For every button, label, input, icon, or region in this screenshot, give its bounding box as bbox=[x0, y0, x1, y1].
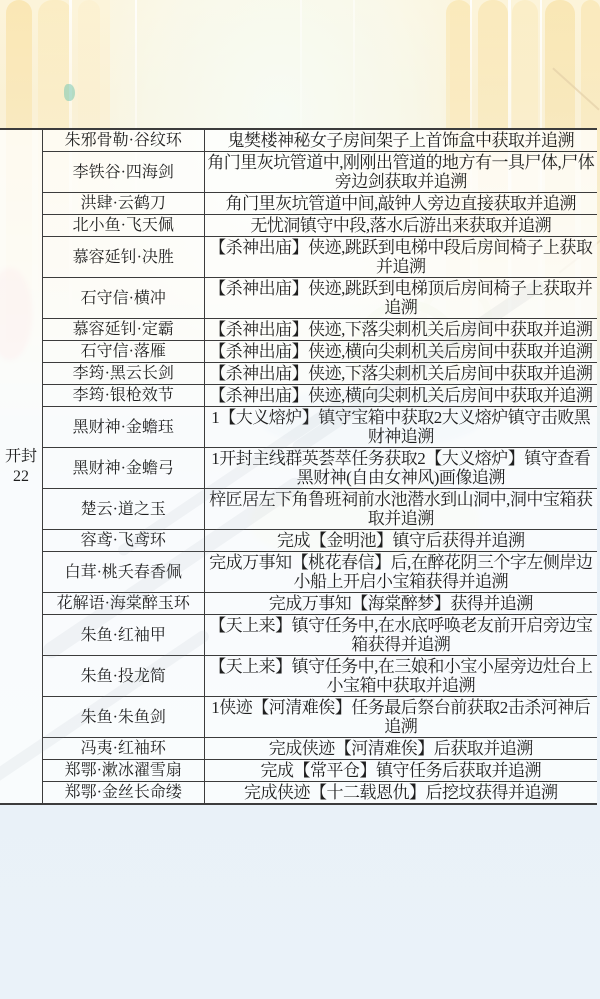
item-name: 郑鄂·金丝长命缕 bbox=[43, 782, 204, 804]
item-source: 鬼樊楼神秘女子房间架子上首饰盒中获取并追溯 bbox=[204, 130, 597, 152]
item-name: 洪肆·云鹤刀 bbox=[43, 193, 204, 215]
item-source: 【杀神出庙】侠迹,跳跃到电梯中段后房间椅子上获取并追溯 bbox=[204, 237, 597, 278]
table-row: 黑财神·金蟾弓 1开封主线群英荟萃任务获取2【大义熔炉】镇守查看黑财神(自由女神… bbox=[43, 448, 597, 489]
item-name: 郑鄂·漱冰濯雪扇 bbox=[43, 760, 204, 782]
table-row: 朱鱼·红袖甲 【天上来】镇守任务中,在水底呼唤老友前开启旁边宝箱获得并追溯 bbox=[43, 615, 597, 656]
item-name: 冯夷·红袖环 bbox=[43, 738, 204, 760]
item-source: 完成侠迹【河清难俟】后获取并追溯 bbox=[204, 738, 597, 760]
table-row: 石守信·横冲 【杀神出庙】侠迹,跳跃到电梯顶后房间椅子上获取并追溯 bbox=[43, 278, 597, 319]
item-name: 花解语·海棠醉玉环 bbox=[43, 593, 204, 615]
table-row: 朱邪骨勒·谷纹环 鬼樊楼神秘女子房间架子上首饰盒中获取并追溯 bbox=[43, 130, 597, 152]
table-row: 慕容延钊·定霸 【杀神出庙】侠迹,下落尖刺机关后房间中获取并追溯 bbox=[43, 319, 597, 341]
table-row: 李铁谷·四海剑 角门里灰坑管道中,刚刚出管道的地方有一具尸体,尸体旁边剑获取并追… bbox=[43, 152, 597, 193]
item-name: 李铁谷·四海剑 bbox=[43, 152, 204, 193]
item-name: 慕容延钊·决胜 bbox=[43, 237, 204, 278]
item-source: 完成侠迹【十二载恩仇】后挖坟获得并追溯 bbox=[204, 782, 597, 804]
table-row: 白茸·桃夭春香佩 完成万事知【桃花春信】后,在醉花阴三个字左侧岸边小船上开启小宝… bbox=[43, 552, 597, 593]
item-source: 1开封主线群英荟萃任务获取2【大义熔炉】镇守查看黑财神(自由女神风)画像追溯 bbox=[204, 448, 597, 489]
teal-leaf bbox=[64, 84, 75, 101]
table-row: 慕容延钊·决胜 【杀神出庙】侠迹,跳跃到电梯中段后房间椅子上获取并追溯 bbox=[43, 237, 597, 278]
table-row: 洪肆·云鹤刀 角门里灰坑管道中间,敲钟人旁边直接获取并追溯 bbox=[43, 193, 597, 215]
item-source: 完成【常平仓】镇守任务后获取并追溯 bbox=[204, 760, 597, 782]
region-cell: 开封 22 bbox=[0, 130, 43, 803]
item-source: 梓匠居左下角鲁班祠前水池潜水到山洞中,洞中宝箱获取并追溯 bbox=[204, 489, 597, 530]
item-name: 楚云·道之玉 bbox=[43, 489, 204, 530]
item-source: 1侠迹【河清难俟】任务最后祭台前获取2击杀河神后追溯 bbox=[204, 697, 597, 738]
equipment-table-body: 朱邪骨勒·谷纹环 鬼樊楼神秘女子房间架子上首饰盒中获取并追溯 李铁谷·四海剑 角… bbox=[43, 130, 597, 803]
table-row: 郑鄂·漱冰濯雪扇 完成【常平仓】镇守任务后获取并追溯 bbox=[43, 760, 597, 782]
table-row: 李筠·银枪效节 【杀神出庙】侠迹,横向尖刺机关后房间中获取并追溯 bbox=[43, 385, 597, 407]
page: 开封 22 朱邪骨勒·谷纹环 鬼樊楼神秘女子房间架子上首饰盒中获取并追溯 李铁谷… bbox=[0, 0, 600, 999]
item-source: 角门里灰坑管道中间,敲钟人旁边直接获取并追溯 bbox=[204, 193, 597, 215]
item-name: 容鸢·飞鸢环 bbox=[43, 530, 204, 552]
item-name: 李筠·银枪效节 bbox=[43, 385, 204, 407]
items-table: 朱邪骨勒·谷纹环 鬼樊楼神秘女子房间架子上首饰盒中获取并追溯 李铁谷·四海剑 角… bbox=[43, 130, 597, 803]
region-count: 22 bbox=[13, 467, 29, 487]
item-source: 【天上来】镇守任务中,在三娘和小宝小屋旁边灶台上小宝箱中获取并追溯 bbox=[204, 656, 597, 697]
item-name: 李筠·黑云长剑 bbox=[43, 363, 204, 385]
item-source: 【天上来】镇守任务中,在水底呼唤老友前开启旁边宝箱获得并追溯 bbox=[204, 615, 597, 656]
item-name: 白茸·桃夭春香佩 bbox=[43, 552, 204, 593]
item-source: 完成【金明池】镇守后获得并追溯 bbox=[204, 530, 597, 552]
item-name: 慕容延钊·定霸 bbox=[43, 319, 204, 341]
table-row: 石守信·落雁 【杀神出庙】侠迹,横向尖刺机关后房间中获取并追溯 bbox=[43, 341, 597, 363]
table-row: 楚云·道之玉 梓匠居左下角鲁班祠前水池潜水到山洞中,洞中宝箱获取并追溯 bbox=[43, 489, 597, 530]
table-row: 花解语·海棠醉玉环 完成万事知【海棠醉梦】获得并追溯 bbox=[43, 593, 597, 615]
item-source: 完成万事知【桃花春信】后,在醉花阴三个字左侧岸边小船上开启小宝箱获得并追溯 bbox=[204, 552, 597, 593]
item-source: 1【大义熔炉】镇守宝箱中获取2大义熔炉镇守击败黑财神追溯 bbox=[204, 407, 597, 448]
item-name: 朱鱼·红袖甲 bbox=[43, 615, 204, 656]
item-name: 黑财神·金蟾弓 bbox=[43, 448, 204, 489]
table-row: 容鸢·飞鸢环 完成【金明池】镇守后获得并追溯 bbox=[43, 530, 597, 552]
item-name: 朱鱼·朱鱼剑 bbox=[43, 697, 204, 738]
item-name: 朱邪骨勒·谷纹环 bbox=[43, 130, 204, 152]
item-name: 石守信·横冲 bbox=[43, 278, 204, 319]
item-name: 黑财神·金蟾珏 bbox=[43, 407, 204, 448]
item-name: 北小鱼·飞天佩 bbox=[43, 215, 204, 237]
item-source: 【杀神出庙】侠迹,横向尖刺机关后房间中获取并追溯 bbox=[204, 385, 597, 407]
table-row: 朱鱼·投龙简 【天上来】镇守任务中,在三娘和小宝小屋旁边灶台上小宝箱中获取并追溯 bbox=[43, 656, 597, 697]
item-source: 【杀神出庙】侠迹,下落尖刺机关后房间中获取并追溯 bbox=[204, 319, 597, 341]
table-row: 朱鱼·朱鱼剑 1侠迹【河清难俟】任务最后祭台前获取2击杀河神后追溯 bbox=[43, 697, 597, 738]
table-row: 冯夷·红袖环 完成侠迹【河清难俟】后获取并追溯 bbox=[43, 738, 597, 760]
item-source: 角门里灰坑管道中,刚刚出管道的地方有一具尸体,尸体旁边剑获取并追溯 bbox=[204, 152, 597, 193]
item-name: 朱鱼·投龙简 bbox=[43, 656, 204, 697]
item-name: 石守信·落雁 bbox=[43, 341, 204, 363]
item-source: 【杀神出庙】侠迹,跳跃到电梯顶后房间椅子上获取并追溯 bbox=[204, 278, 597, 319]
table-row: 黑财神·金蟾珏 1【大义熔炉】镇守宝箱中获取2大义熔炉镇守击败黑财神追溯 bbox=[43, 407, 597, 448]
equipment-table: 开封 22 朱邪骨勒·谷纹环 鬼樊楼神秘女子房间架子上首饰盒中获取并追溯 李铁谷… bbox=[0, 128, 597, 805]
item-source: 完成万事知【海棠醉梦】获得并追溯 bbox=[204, 593, 597, 615]
table-row: 李筠·黑云长剑 【杀神出庙】侠迹,下落尖刺机关后房间中获取并追溯 bbox=[43, 363, 597, 385]
item-source: 无忧洞镇守中段,落水后游出来获取并追溯 bbox=[204, 215, 597, 237]
bamboo-branch bbox=[552, 68, 599, 111]
region-name: 开封 bbox=[5, 447, 37, 467]
table-row: 郑鄂·金丝长命缕 完成侠迹【十二载恩仇】后挖坟获得并追溯 bbox=[43, 782, 597, 804]
table-row: 北小鱼·飞天佩 无忧洞镇守中段,落水后游出来获取并追溯 bbox=[43, 215, 597, 237]
item-source: 【杀神出庙】侠迹,横向尖刺机关后房间中获取并追溯 bbox=[204, 341, 597, 363]
item-source: 【杀神出庙】侠迹,下落尖刺机关后房间中获取并追溯 bbox=[204, 363, 597, 385]
